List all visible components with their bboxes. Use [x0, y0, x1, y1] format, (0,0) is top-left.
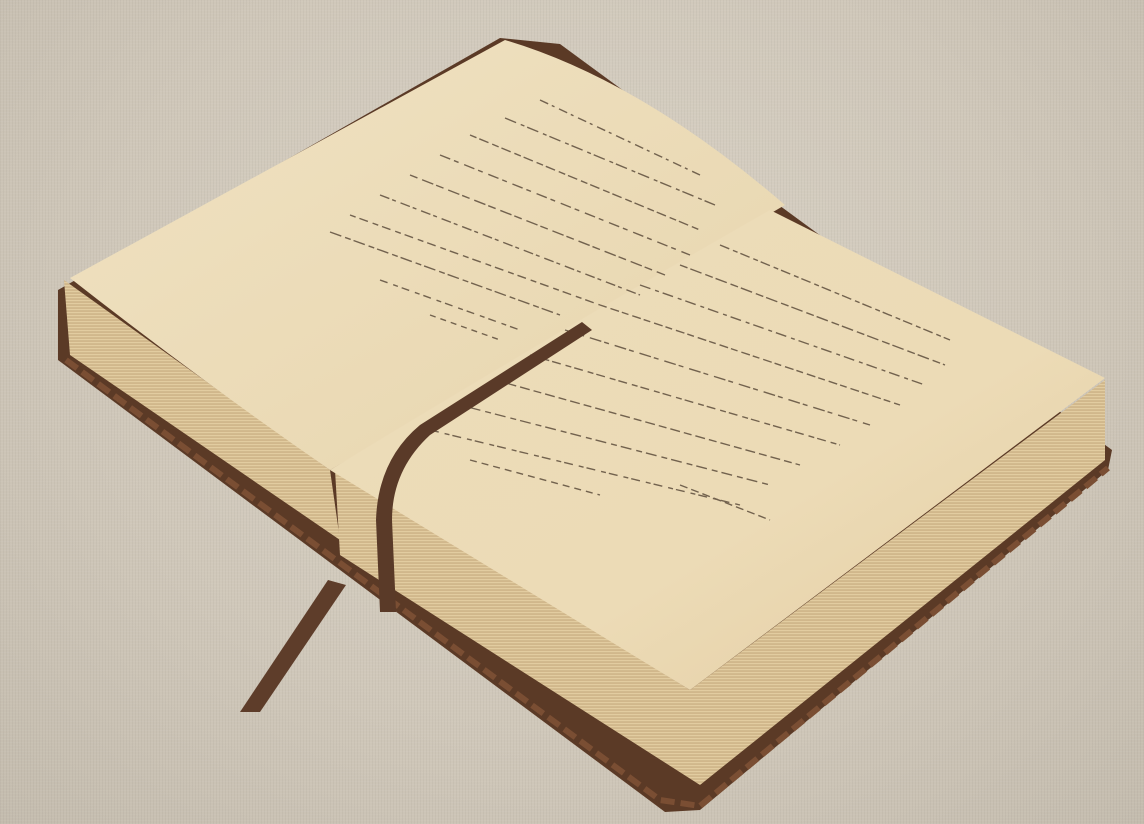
book-illustration: [0, 0, 1144, 824]
photo-scene: [0, 0, 1144, 824]
